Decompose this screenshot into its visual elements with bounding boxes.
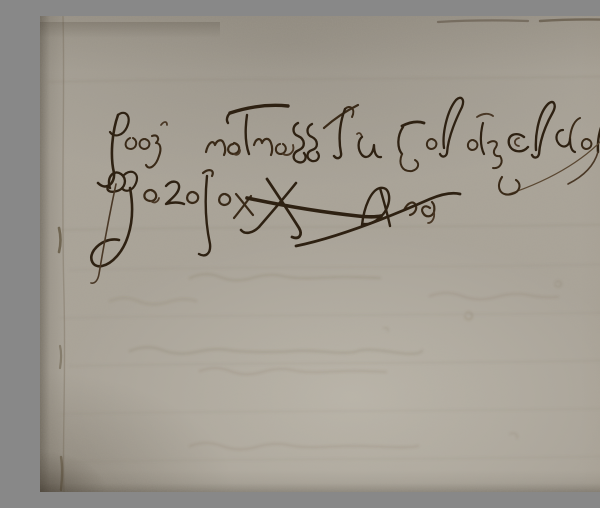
manuscript-photo: Aged gray-beige laid paper photographed … — [40, 16, 600, 492]
manuscript-paper: Aged gray-beige laid paper photographed … — [40, 16, 600, 492]
paper-grain-texture — [40, 16, 600, 492]
